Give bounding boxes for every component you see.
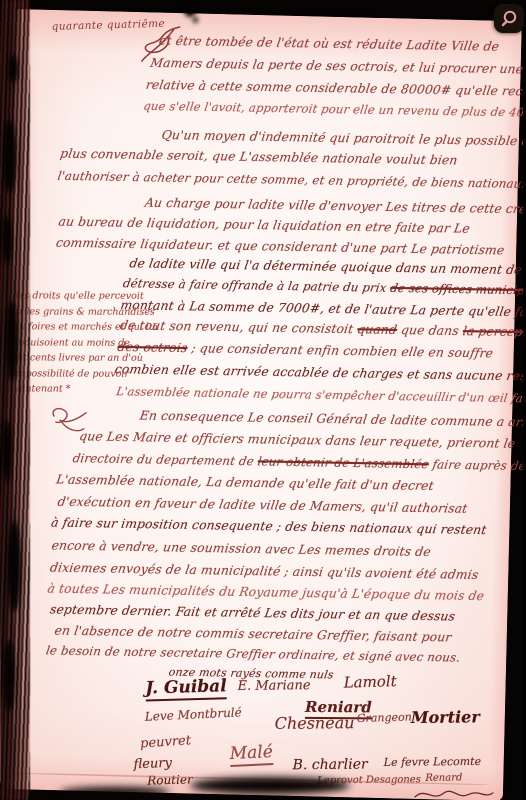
binding-stain bbox=[6, 300, 18, 382]
manuscript-line: de ladite ville qui l'a déterminée quoiq… bbox=[129, 256, 523, 277]
manuscript-line: l'authoriser à acheter pour cette somme,… bbox=[57, 169, 526, 191]
signature: Chesneau bbox=[275, 713, 355, 733]
binding-stain bbox=[3, 640, 15, 712]
manuscript-line: L'assemblée nationale ne pourra s'empêch… bbox=[115, 384, 526, 406]
magnifier-glyph bbox=[499, 9, 519, 29]
line-segment: directoire du departement de bbox=[72, 451, 259, 468]
binding-stain bbox=[2, 420, 12, 482]
manuscript-line: montant à La somme de 7000#, et de l'aut… bbox=[119, 298, 526, 319]
ink-blot bbox=[193, 17, 198, 23]
struck-words: la perception bbox=[462, 324, 526, 339]
signature: Routier bbox=[147, 772, 193, 787]
signature: fleury bbox=[133, 756, 172, 773]
manuscript-line: L'assemblée nationale, La demande qu'ell… bbox=[55, 472, 435, 493]
struck-words: quand bbox=[356, 322, 398, 337]
signature: Le fevre Lecomte bbox=[384, 755, 481, 769]
manuscript-line: détresse à faire offrande à la patrie du… bbox=[122, 276, 526, 297]
manuscript-line: Mamers depuis la perte de ses octrois, e… bbox=[149, 56, 526, 78]
signature: Malé bbox=[229, 742, 273, 767]
signature: Leve Montbrulé bbox=[145, 705, 242, 723]
struck-words: de ses offices municipaux bbox=[389, 281, 526, 298]
manuscript-line: En consequence Le conseil Général de lad… bbox=[139, 409, 526, 430]
manuscript-line: Au charge pour ladite ville d'envoyer Le… bbox=[144, 196, 526, 217]
binding-stain bbox=[8, 55, 18, 83]
manuscript-line: combien elle est arrivée accablée de cha… bbox=[114, 362, 526, 384]
manuscript-line: que s'elle l'avoit, apporteroit pour ell… bbox=[142, 99, 526, 121]
manuscript-line: encore à vendre, une soumission avec Les… bbox=[51, 538, 432, 559]
manuscript-line: commissaire liquidateur. et que consider… bbox=[55, 236, 505, 258]
manuscript-line: septembre dernier. Fait et arrêté Les di… bbox=[49, 602, 456, 623]
manuscript-line: de tout son revenu, qui ne consistoit qu… bbox=[119, 318, 526, 339]
manuscript-line: directoire du departement de leur obteni… bbox=[72, 451, 526, 473]
manuscript-line: le besoin de notre secretaire Greffier o… bbox=[45, 643, 461, 664]
manuscript-line: en l'absence de notre commis secretaire … bbox=[54, 624, 453, 645]
bottom-smudge bbox=[60, 787, 170, 797]
struck-words: leur obtenir de L'assemblée bbox=[257, 454, 430, 471]
paraph-flourish-icon bbox=[413, 783, 495, 800]
manuscript-line: dixiemes envoyés de la municipalité ; ai… bbox=[49, 561, 479, 582]
manuscript-line: relative à cette somme considerable de 8… bbox=[145, 78, 526, 100]
signature: peuvret bbox=[140, 733, 192, 751]
binding-stain bbox=[2, 215, 12, 263]
signature: E. Mariane bbox=[237, 678, 310, 694]
paper-sheet: quarante quatriême et être tombée de l'é… bbox=[0, 9, 522, 800]
manuscript-line: Qu'un moyen d'indemnité qui paroitroit l… bbox=[161, 128, 526, 149]
manuscript-line: à faire sur imposition consequente ; des… bbox=[50, 516, 487, 538]
binding-stain bbox=[7, 520, 21, 612]
bottom-smudge bbox=[190, 777, 350, 794]
manuscript-line: et être tombée de l'état où est réduite … bbox=[158, 34, 500, 54]
binding-stain bbox=[3, 120, 16, 192]
signature: J. Guibal bbox=[145, 676, 227, 701]
ink-blot bbox=[184, 1, 196, 17]
manuscript-line: que Les Maire et officiers municipaux da… bbox=[78, 429, 516, 451]
line-segment: faire auprès de bbox=[428, 457, 526, 473]
line-segment: détresse à faire offrande à la patrie du… bbox=[122, 276, 391, 295]
signature: Lamolt bbox=[343, 672, 396, 691]
manuscript-line: à toutes Les municipalités du Royaume ju… bbox=[47, 581, 486, 603]
signature: Mortier bbox=[411, 707, 480, 727]
line-segment: que dans bbox=[396, 323, 464, 338]
signature: Grangeon bbox=[357, 710, 412, 725]
manuscript-line: plus convenable seroit, que L'assemblée … bbox=[59, 147, 458, 168]
scanned-manuscript-page: quarante quatriême et être tombée de l'é… bbox=[0, 0, 526, 800]
line-segment: ; que considerant enfin combien elle en … bbox=[186, 341, 494, 360]
signature: B. charlier bbox=[293, 757, 368, 774]
manuscript-line: des octrois ; que considerant enfin comb… bbox=[116, 340, 494, 361]
manuscript-line: d'exécution en faveur de ladite ville de… bbox=[57, 495, 469, 516]
magnifier-icon[interactable] bbox=[494, 4, 524, 33]
manuscript-line: au bureau de liquidation, pour la liquid… bbox=[58, 215, 471, 236]
